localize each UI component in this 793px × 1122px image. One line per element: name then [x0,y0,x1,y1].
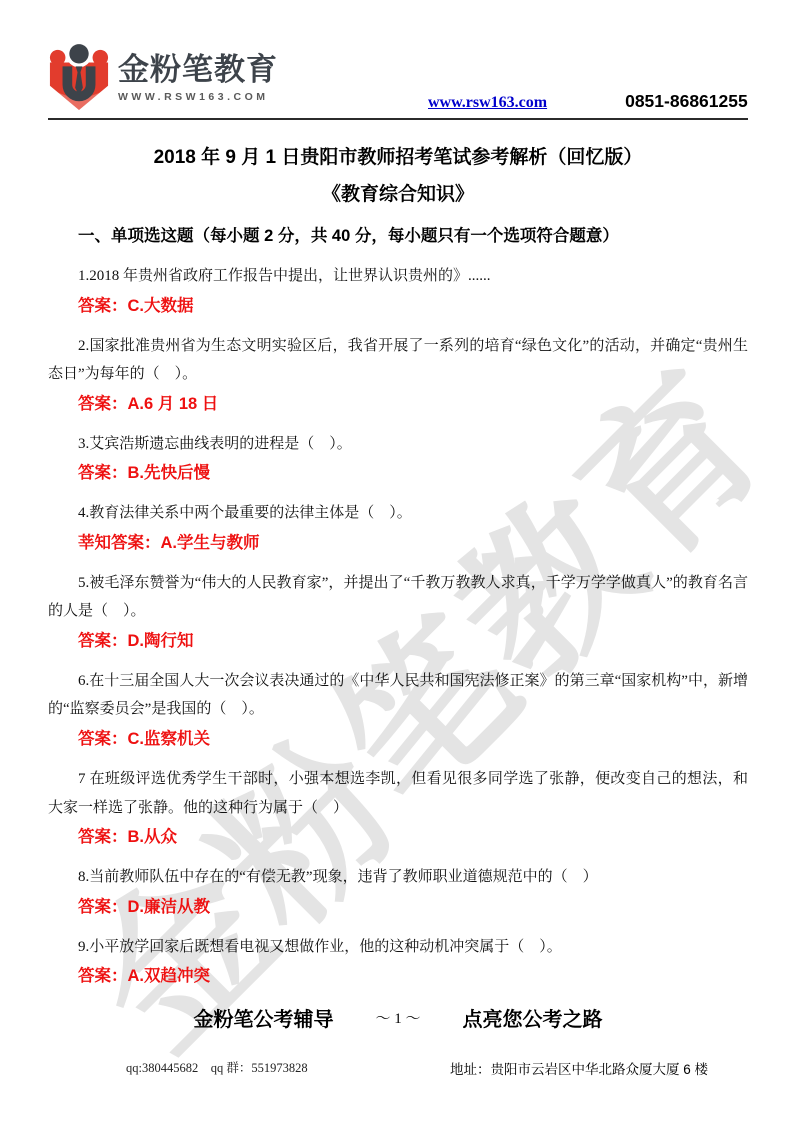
question-block-4: 4.教育法律关系中两个最重要的法律主体是（ ）。 莘知答案：A.学生与教师 [48,499,748,555]
question-9-text: 9.小平放学回家后既想看电视又想做作业，他的这种动机冲突属于（ ）。 [48,933,748,962]
answer-8-text: 答案：D.廉洁从教 [48,896,748,919]
question-block-1: 1.2018 年贵州省政府工作报告中提出，让世界认识贵州的》...... 答案：… [48,262,748,318]
page-footer: 金粉笔公考辅导 ～ 1 ～ 点亮您公考之路 qq:380445682 qq 群：… [0,1003,793,1122]
answer-2-text: 答案：A.6 月 18 日 [48,393,748,416]
question-block-3: 3.艾宾浩斯遗忘曲线表明的进程是（ ）。 答案：B.先快后慢 [48,430,748,486]
question-6-text: 6.在十三届全国人大一次会议表决通过的《中华人民共和国宪法修正案》的第三章“国家… [48,667,748,724]
question-1-text: 1.2018 年贵州省政府工作报告中提出，让世界认识贵州的》...... [48,262,748,291]
page-subtitle: 《教育综合知识》 [48,179,748,206]
footer-spacer [48,1078,748,1122]
brand-logo: 金粉笔教育 WWW.RSW163.COM [48,42,278,114]
answer-5-text: 答案：D.陶行知 [48,630,748,653]
page-header: 金粉笔教育 WWW.RSW163.COM www.rsw163.com 0851… [0,0,793,120]
footer-brand-left: 金粉笔公考辅导 [193,1003,333,1032]
answer-6-text: 答案：C.监察机关 [48,728,748,751]
answer-9-text: 答案：A.双趋冲突 [48,965,748,988]
question-block-5: 5.被毛泽东赞誉为“伟大的人民教育家”，并提出了“千教万教教人求真，千学万学学做… [48,569,748,653]
question-block-2: 2.国家批准贵州省为生态文明实验区后，我省开展了一系列的培育“绿色文化”的活动，… [48,332,748,416]
question-block-9: 9.小平放学回家后既想看电视又想做作业，他的这种动机冲突属于（ ）。 答案：A.… [48,933,748,989]
brand-logo-icon [48,42,110,114]
address-text: 地址：贵阳市云岩区中华北路众厦大厦 6 楼 [450,1058,708,1078]
website-link[interactable]: www.rsw163.com [428,94,547,114]
document-page: 金粉笔教育 金粉笔教育 [0,0,793,1122]
brand-site-url: WWW.RSW163.COM [118,91,278,103]
section-heading: 一、单项选这题（每小题 2 分，共 40 分，每小题只有一个选项符合题意） [48,222,748,246]
question-block-8: 8.当前教师队伍中存在的“有偿无教”现象，违背了教师职业道德规范中的（ ） 答案… [48,863,748,919]
qq-contact: qq:380445682 qq 群：551973828 [126,1058,308,1076]
answer-3-text: 答案：B.先快后慢 [48,462,748,485]
page-number: ～ 1 ～ [375,1007,420,1028]
brand-name: 金粉笔教育 [118,53,278,87]
question-4-text: 4.教育法律关系中两个最重要的法律主体是（ ）。 [48,499,748,528]
question-block-6: 6.在十三届全国人大一次会议表决通过的《中华人民共和国宪法修正案》的第三章“国家… [48,667,748,751]
answer-4-text: 莘知答案：A.学生与教师 [48,532,748,555]
page-title: 2018 年 9 月 1 日贵阳市教师招考笔试参考解析（回忆版） [48,142,748,169]
question-2-text: 2.国家批准贵州省为生态文明实验区后，我省开展了一系列的培育“绿色文化”的活动，… [48,332,748,389]
footer-slogan-right: 点亮您公考之路 [463,1003,603,1032]
document-body: 2018 年 9 月 1 日贵阳市教师招考笔试参考解析（回忆版） 《教育综合知识… [0,120,793,1002]
answer-1-text: 答案：C.大数据 [48,295,748,318]
answer-7-text: 答案：B.从众 [48,826,748,849]
question-block-7: 7 在班级评选优秀学生干部时，小强本想选李凯，但看见很多同学选了张静，便改变自己… [48,765,748,849]
phone-number: 0851-86861255 [625,91,748,114]
question-7-text: 7 在班级评选优秀学生干部时，小强本想选李凯，但看见很多同学选了张静，便改变自己… [48,765,748,822]
question-5-text: 5.被毛泽东赞誉为“伟大的人民教育家”，并提出了“千教万教教人求真，千学万学学做… [48,569,748,626]
question-8-text: 8.当前教师队伍中存在的“有偿无教”现象，违背了教师职业道德规范中的（ ） [48,863,748,892]
question-3-text: 3.艾宾浩斯遗忘曲线表明的进程是（ ）。 [48,430,748,459]
